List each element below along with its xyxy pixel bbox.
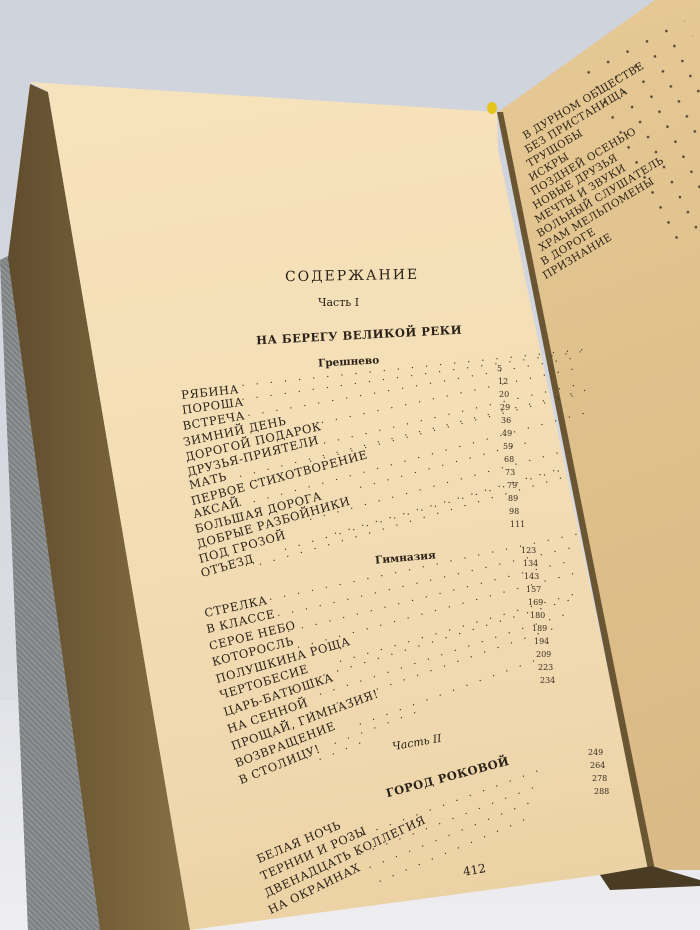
page-number: 12 — [498, 377, 508, 386]
page-number: 111 — [510, 520, 525, 529]
page-number: 134 — [523, 559, 538, 568]
page-number: 189 — [532, 624, 547, 633]
page-number: 223 — [538, 663, 553, 672]
page-number: 278 — [592, 774, 607, 783]
page-number: 123 — [521, 546, 536, 555]
page-number: 234 — [540, 676, 555, 685]
page-number: 264 — [590, 761, 605, 770]
page-number: 249 — [588, 748, 603, 757]
page-number: 169 — [528, 598, 543, 607]
page-number: 73 — [505, 468, 515, 477]
page-number: 79 — [507, 481, 517, 490]
page-number: 194 — [534, 637, 549, 646]
part1-label: Часть I — [318, 296, 359, 309]
page-number: 20 — [499, 390, 509, 399]
page-number: 89 — [508, 494, 518, 503]
page-number: 209 — [536, 650, 551, 659]
page-number: 180 — [530, 611, 545, 620]
page-number: 157 — [526, 585, 541, 594]
page-number: 59 — [503, 442, 513, 451]
page-number: 29 — [500, 403, 510, 412]
page-number: 288 — [594, 787, 609, 796]
bookmark-ribbon-icon — [487, 102, 497, 114]
page-number: 5 — [497, 364, 502, 373]
page-number: 68 — [504, 455, 514, 464]
page-number: 36 — [501, 416, 511, 425]
page-number: 143 — [524, 572, 539, 581]
page-number: 98 — [509, 507, 519, 516]
toc-title: СОДЕРЖАНИЕ — [285, 267, 419, 285]
page-number: 49 — [502, 429, 512, 438]
